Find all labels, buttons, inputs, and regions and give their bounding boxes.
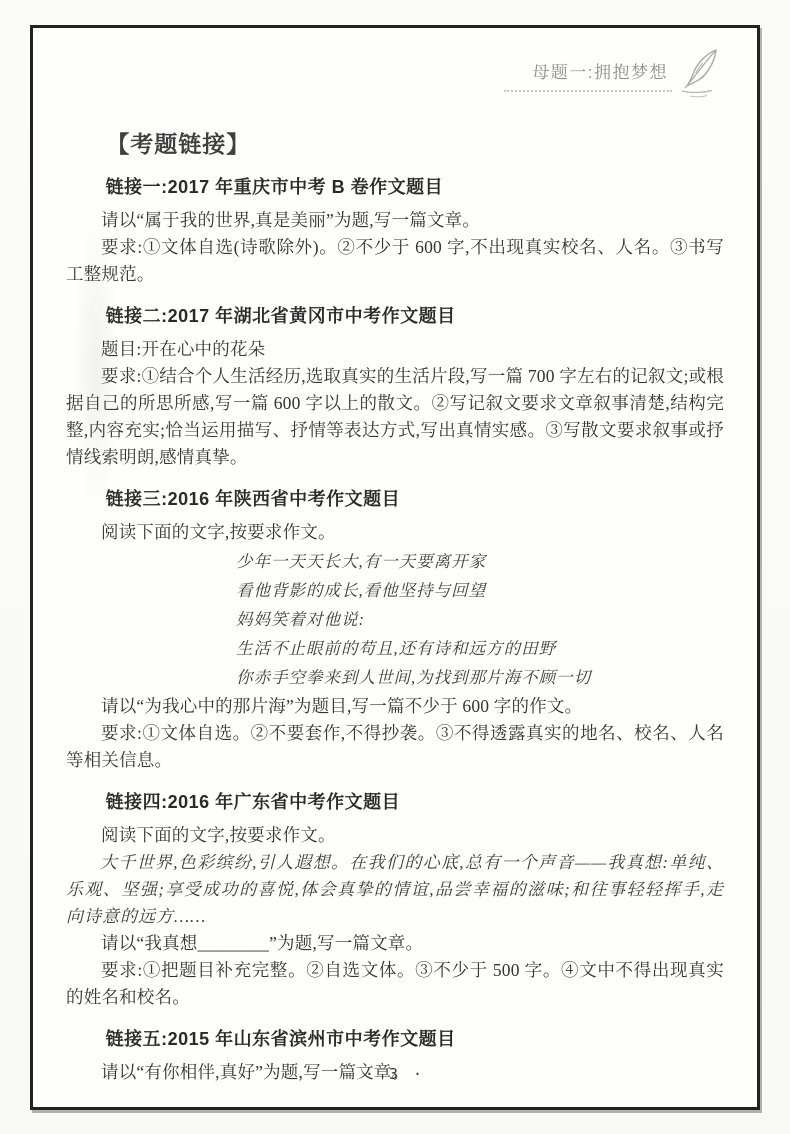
section-title: 【考题链接】 — [66, 126, 724, 159]
title-paragraph: 题目:开在心中的花朵 — [66, 336, 724, 363]
poem-line: 你赤手空拳来到人世间,为找到那片海不顾一切 — [236, 663, 724, 692]
page-frame: 母题一:拥抱梦想 【考题链接】 链接一:2017 年重庆市中考 B 卷作文题目 … — [30, 25, 760, 1110]
poem-block: 少年一天天长大,有一天要离开家 看他背影的成长,看他坚持与回望 妈妈笑着对他说:… — [236, 547, 724, 692]
chapter-header: 母题一:拥抱梦想 — [504, 58, 668, 92]
link-heading: 链接二:2017 年湖北省黄冈市中考作文题目 — [66, 302, 724, 328]
requirements-paragraph: 要求:①文体自选。②不要套作,不得抄袭。③不得透露真实的地名、校名、人名等相关信… — [66, 720, 724, 774]
prompt-paragraph: 请以“属于我的世界,真是美丽”为题,写一篇文章。 — [66, 207, 724, 234]
exam-link-section-3: 链接三:2016 年陕西省中考作文题目 阅读下面的文字,按要求作文。 少年一天天… — [66, 485, 724, 774]
requirements-paragraph: 要求:①把题目补充完整。②自选文体。③不少于 500 字。④文中不得出现真实的姓… — [66, 957, 724, 1011]
poem-line: 看他背影的成长,看他坚持与回望 — [236, 576, 724, 605]
link-heading: 链接一:2017 年重庆市中考 B 卷作文题目 — [66, 173, 724, 199]
chapter-title: 母题一:拥抱梦想 — [532, 58, 668, 83]
requirements-paragraph: 要求:①结合个人生活经历,选取真实的生活片段,写一篇 700 字左右的记叙文;或… — [66, 363, 724, 471]
page-header: 母题一:拥抱梦想 — [66, 44, 724, 106]
requirements-paragraph: 要求:①文体自选(诗歌除外)。②不少于 600 字,不出现真实校名、人名。③书写… — [66, 234, 724, 288]
poem-line: 生活不止眼前的苟且,还有诗和远方的田野 — [236, 634, 724, 663]
quote-paragraph: 大千世界,色彩缤纷,引人遐想。在我们的心底,总有一个声音——我真想:单纯、乐观、… — [66, 849, 724, 930]
page-number: · 3 · — [33, 1065, 757, 1083]
quill-pen-icon — [672, 46, 724, 102]
scanned-book-page: 母题一:拥抱梦想 【考题链接】 链接一:2017 年重庆市中考 B 卷作文题目 … — [0, 0, 790, 1134]
instruction-paragraph: 阅读下面的文字,按要求作文。 — [66, 822, 724, 849]
poem-line: 少年一天天长大,有一天要离开家 — [236, 547, 724, 576]
prompt-paragraph: 请以“为我心中的那片海”为题目,写一篇不少于 600 字的作文。 — [66, 693, 724, 720]
link-heading: 链接五:2015 年山东省滨州市中考作文题目 — [66, 1025, 724, 1051]
instruction-paragraph: 阅读下面的文字,按要求作文。 — [66, 519, 724, 546]
exam-link-section-4: 链接四:2016 年广东省中考作文题目 阅读下面的文字,按要求作文。 大千世界,… — [66, 788, 724, 1011]
link-heading: 链接四:2016 年广东省中考作文题目 — [66, 788, 724, 814]
exam-link-section-1: 链接一:2017 年重庆市中考 B 卷作文题目 请以“属于我的世界,真是美丽”为… — [66, 173, 724, 288]
link-heading: 链接三:2016 年陕西省中考作文题目 — [66, 485, 724, 511]
exam-link-section-2: 链接二:2017 年湖北省黄冈市中考作文题目 题目:开在心中的花朵 要求:①结合… — [66, 302, 724, 471]
header-dotted-line — [504, 90, 672, 92]
prompt-paragraph: 请以“我真想________”为题,写一篇文章。 — [66, 930, 724, 957]
poem-line: 妈妈笑着对他说: — [236, 605, 724, 634]
